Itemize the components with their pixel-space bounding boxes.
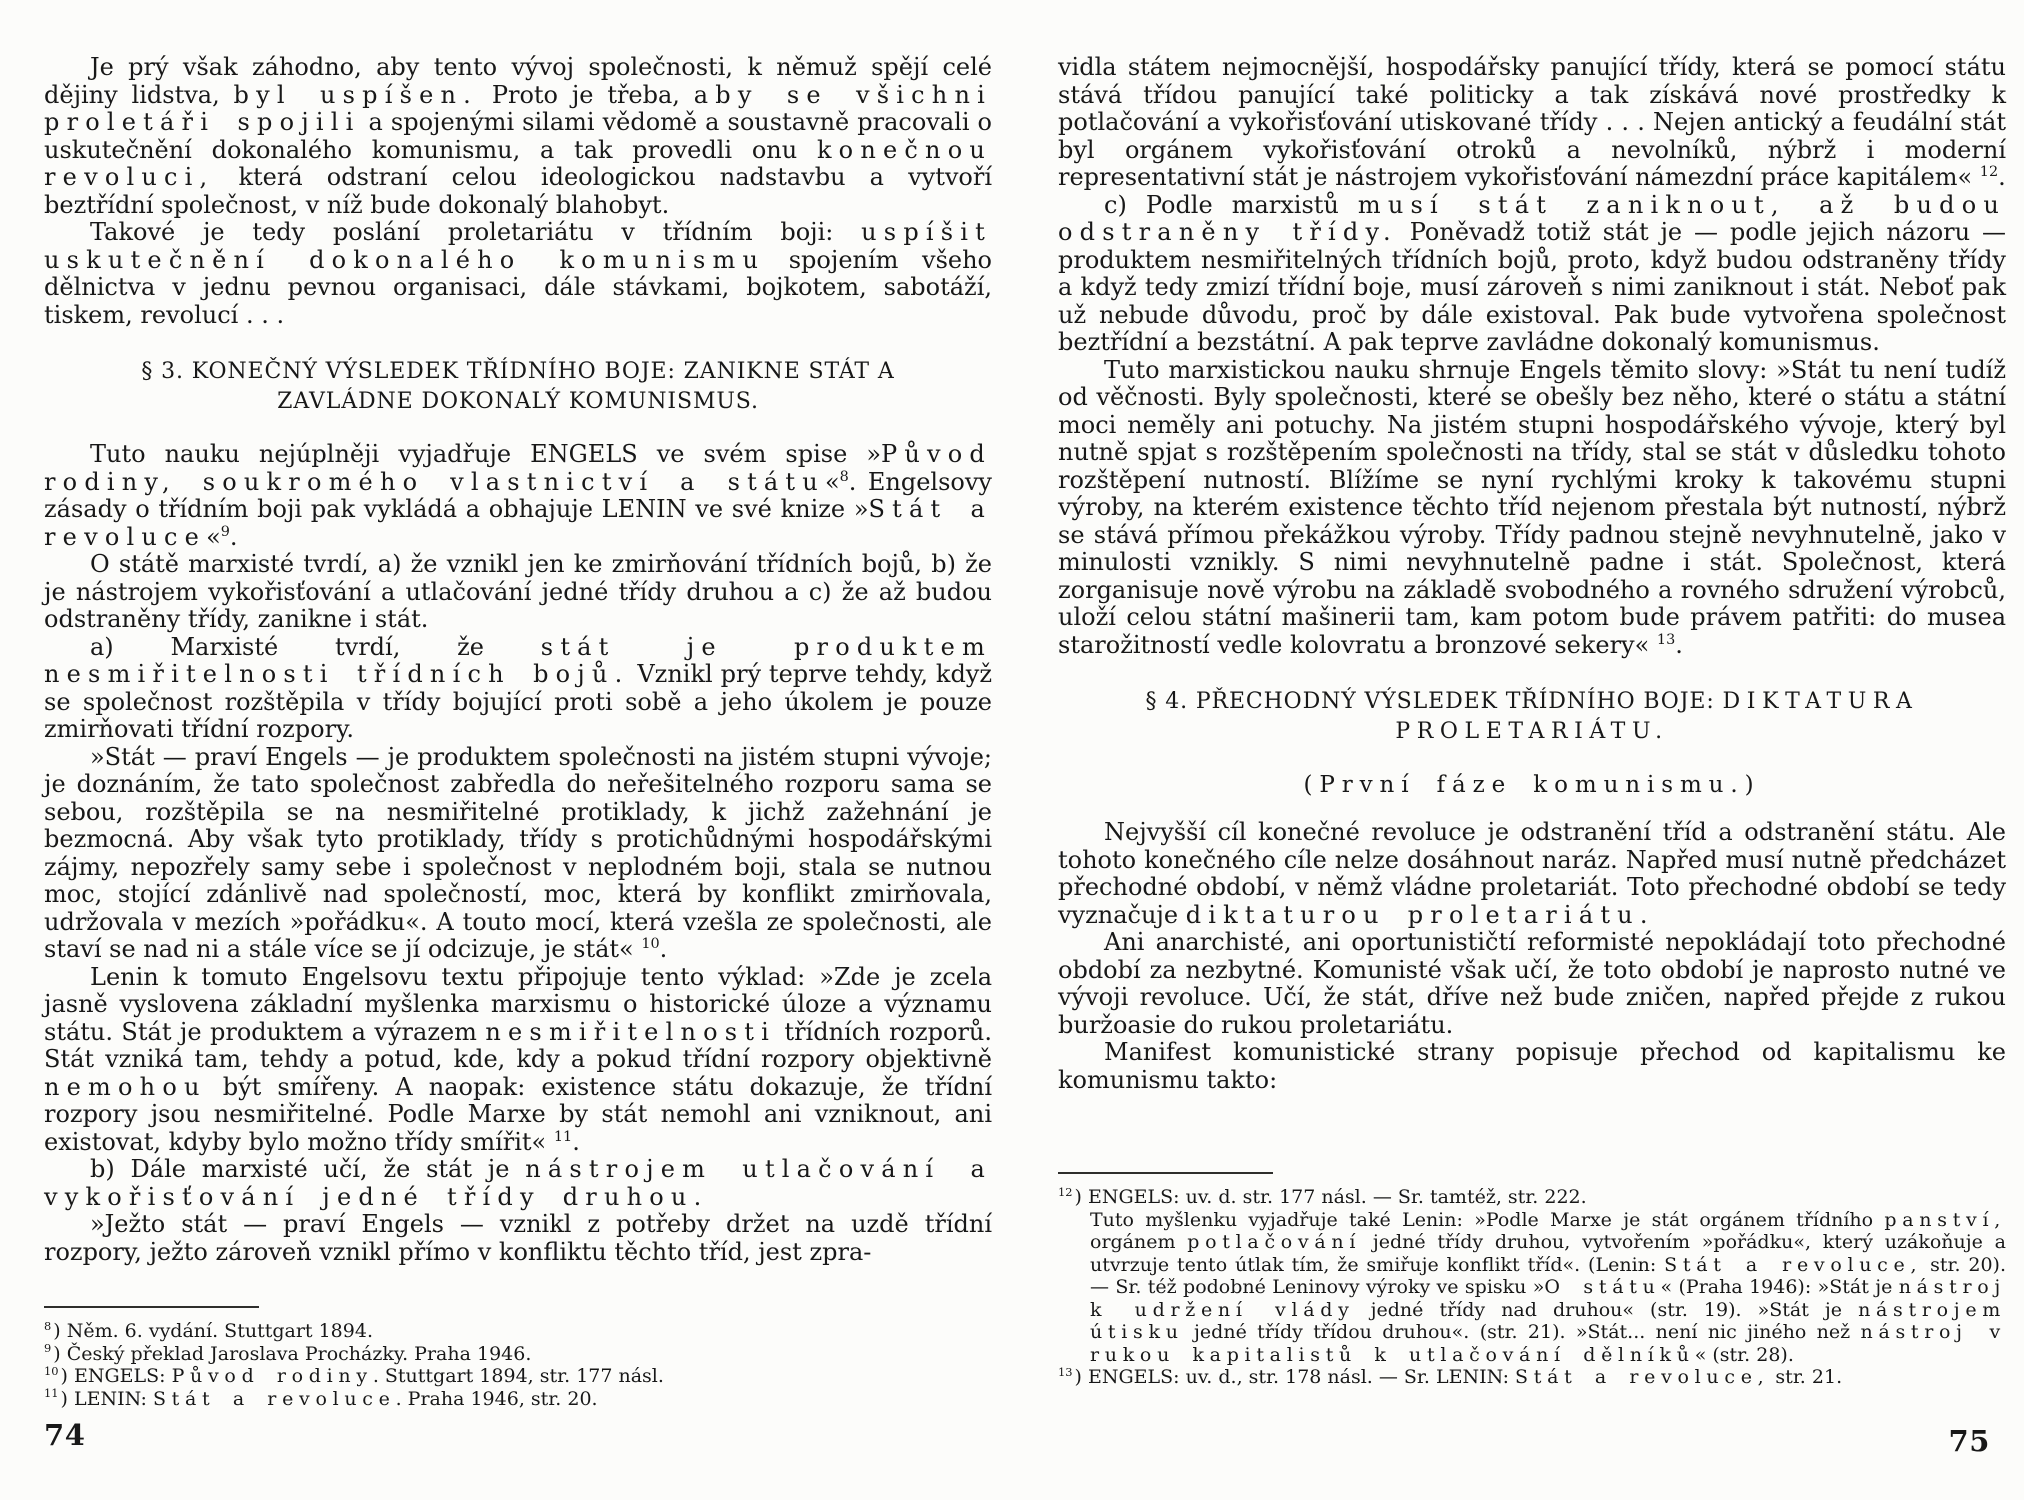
page-left: Je prý však záhodno, aby tento vývoj spo…: [0, 0, 1012, 1500]
paragraph: vidla státem nejmocnější, hospodářsky pa…: [1058, 54, 2006, 192]
footnote-marker: 10: [44, 1364, 59, 1378]
footnote-marker: 13: [1058, 1365, 1073, 1379]
footnote-marker: 12: [1058, 1185, 1073, 1199]
footnote-marker: 11: [44, 1386, 59, 1400]
footnote-separator-left: [44, 1306, 259, 1308]
left-page-body: Je prý však záhodno, aby tento vývoj spo…: [44, 54, 992, 1266]
page-number-right: 75: [1948, 1424, 1990, 1458]
paragraph: »Stát — praví Engels — je produktem spol…: [44, 744, 992, 964]
right-page-body: vidla státem nejmocnější, hospodářsky pa…: [1058, 54, 2006, 1094]
section-heading: § 4. PŘECHODNÝ VÝSLEDEK TŘÍDNÍHO BOJE: D…: [1088, 687, 1976, 747]
footnote-marker: 9: [44, 1341, 51, 1355]
paragraph: b) Dále marxisté učí, že stát je nástroj…: [44, 1156, 992, 1211]
footnote-marker: 8: [44, 1319, 51, 1333]
paragraph: c) Podle marxistů musí stát zaniknout, a…: [1058, 192, 2006, 357]
footnote: 13) ENGELS: uv. d., str. 178 násl. — Sr.…: [1058, 1366, 2006, 1389]
footnote: 8) Něm. 6. vydání. Stuttgart 1894.: [44, 1320, 992, 1343]
paragraph: Manifest komunistické strany popisuje př…: [1058, 1039, 2006, 1094]
paragraph: Ani anarchisté, ani oportunističtí refor…: [1058, 929, 2006, 1039]
footnote-separator-right: [1058, 1172, 1273, 1174]
footnote: 11) LENIN: Stát a revoluce. Praha 1946, …: [44, 1388, 992, 1411]
section-heading: § 3. KONEČNÝ VÝSLEDEK TŘÍDNÍHO BOJE: ZAN…: [74, 357, 962, 417]
paragraph: Takové je tedy poslání proletariátu v tř…: [44, 219, 992, 329]
paragraph: Tuto nauku nejúplněji vyjadřuje ENGELS v…: [44, 441, 992, 551]
footnote: 12) ENGELS: uv. d. str. 177 násl. — Sr. …: [1058, 1186, 2006, 1366]
right-page-footnotes: 12) ENGELS: uv. d. str. 177 násl. — Sr. …: [1058, 1186, 2006, 1389]
footnote: 9) Český překlad Jaroslava Procházky. Pr…: [44, 1343, 992, 1366]
paragraph: »Ježto stát — praví Engels — vznikl z po…: [44, 1211, 992, 1266]
paragraph: O státě marxisté tvrdí, a) že vznikl jen…: [44, 551, 992, 634]
paragraph: Lenin k tomuto Engelsovu textu připojuje…: [44, 964, 992, 1157]
page-right: vidla státem nejmocnější, hospodářsky pa…: [1012, 0, 2024, 1500]
page-number-left: 74: [44, 1418, 86, 1452]
paragraph: Je prý však záhodno, aby tento vývoj spo…: [44, 54, 992, 219]
paragraph: Tuto marxistickou nauku shrnuje Engels t…: [1058, 357, 2006, 660]
section-subheading: (První fáze komunismu.): [1058, 771, 2006, 799]
paragraph: Nejvyšší cíl konečné revoluce je odstran…: [1058, 819, 2006, 929]
left-page-footnotes: 8) Něm. 6. vydání. Stuttgart 1894.9) Čes…: [44, 1320, 992, 1410]
book-spread: Je prý však záhodno, aby tento vývoj spo…: [0, 0, 2024, 1500]
footnote: 10) ENGELS: Původ rodiny. Stuttgart 1894…: [44, 1365, 992, 1388]
paragraph: a) Marxisté tvrdí, že stát je produktem …: [44, 634, 992, 744]
